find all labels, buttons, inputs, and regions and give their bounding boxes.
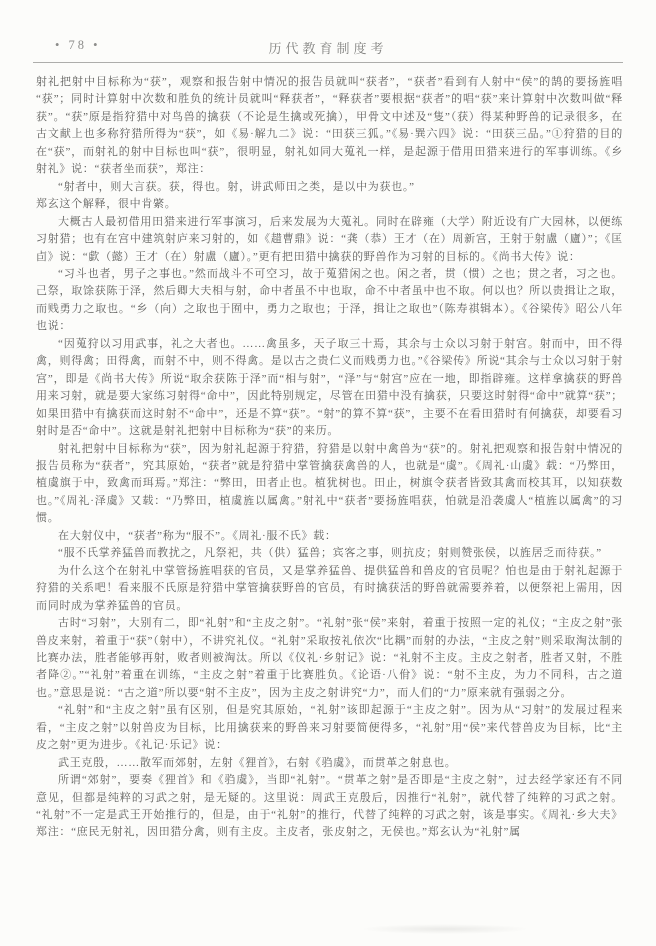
book-title: 历代教育制度考 xyxy=(33,38,623,57)
quote-paragraph: 武王克殷，……散军而郊射，左射《狸首》，右射《驺虞》，而贯革之射息也。 xyxy=(36,755,623,772)
page-header: • 78 • 历代教育制度考 xyxy=(33,0,623,54)
body-paragraph: 所谓“郊射”，要奏《狸首》和《驺虞》，当即“礼射”。“贯革之射”是否即是“主皮之… xyxy=(36,772,623,842)
body-paragraph: 大概古人最初借用田猎来进行军事演习，后来发展为大蒐礼。同时在辟雍（大学）附近设有… xyxy=(36,214,623,266)
body-paragraph: 为什么这个在射礼中掌管扬旌唱获的官员，又是掌养猛兽、提供猛兽和兽皮的官员呢？怕也… xyxy=(36,563,623,615)
scanned-book-page: • 78 • 历代教育制度考 射礼把射中目标称为“获”，观察和报告射中情况的报告… xyxy=(0,0,656,946)
body-paragraph: 郑玄这个解释，很中肯綮。 xyxy=(36,196,623,213)
quote-paragraph: “服不氏掌养猛兽而教扰之，凡祭祀，共（供）猛兽；宾客之事，则抗皮；射则赞张侯，以… xyxy=(36,545,623,562)
body-paragraph: 古时“习射”，大别有二，即“礼射”和“主皮之射”。“礼射”张“侯”来射，着重于按… xyxy=(36,615,623,702)
body-paragraph: “礼射”和“主皮之射”虽有区别，但是究其原始，“礼射”该即起源于“主皮之射”。因… xyxy=(36,702,623,754)
body-paragraph: 射礼把射中目标称为“获”，观察和报告射中情况的报告员就叫“获者”，“获者”看到有… xyxy=(36,74,623,179)
quote-paragraph: “习斗也者，男子之事也。”然而战斗不可空习，故于蒐猎闲之也。闲之者，贯（惯）之也… xyxy=(36,266,623,336)
body-text: 射礼把射中目标称为“获”，观察和报告射中情况的报告员就叫“获者”，“获者”看到有… xyxy=(36,74,623,842)
scan-smudge-artifact xyxy=(360,924,530,934)
quote-paragraph: “射者中，则大言获。获，得也。射，讲武师田之类，是以中为获也。” xyxy=(36,179,623,196)
header-divider xyxy=(33,62,623,63)
body-paragraph: 射礼把射中目标称为“获”，因为射礼起源于狩猎，狩猎是以射中禽兽为“获”的。射礼把… xyxy=(36,441,623,528)
body-paragraph: 在大射仪中，“获者”称为“服不”。《周礼·服不氏》载： xyxy=(36,528,623,545)
quote-paragraph: “因蒐狩以习用武事，礼之大者也。……禽虽多，天子取三十焉，其余与士众以习射于射宫… xyxy=(36,336,623,441)
